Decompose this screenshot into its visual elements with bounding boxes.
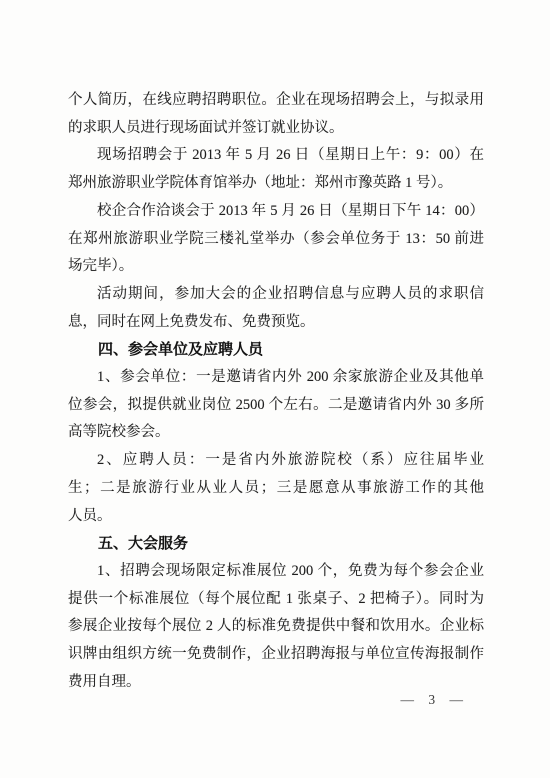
- text-line: 场完毕）。: [68, 253, 484, 281]
- text-line: 郑州旅游职业学院体育馆举办（地址：郑州市豫英路 1 号）。: [68, 170, 484, 198]
- text-line: 位参会，拟提供就业岗位 2500 个左右。二是邀请省内外 30 多所: [68, 392, 484, 420]
- text-line: 在郑州旅游职业学院三楼礼堂举办（参会单位务于 13：50 前进: [68, 226, 484, 254]
- text-line: 高等院校参会。: [68, 419, 484, 447]
- text-line: 生；二是旅游行业从业人员；三是愿意从事旅游工作的其他: [68, 475, 484, 503]
- text-line: 校企合作洽谈会于 2013 年 5 月 26 日（星期日下午 14：00）: [68, 198, 484, 226]
- section-heading: 五、大会服务: [68, 530, 484, 558]
- text-line: 个人简历，在线应聘招聘职位。企业在现场招聘会上，与拟录用: [68, 87, 484, 115]
- page-number: — 3 —: [401, 690, 465, 710]
- heading-text: 四、参会单位及应聘人员: [68, 336, 484, 364]
- section-heading: 四、参会单位及应聘人员: [68, 336, 484, 364]
- text-line: 识牌由组织方统一免费制作，企业招聘海报与单位宣传海报制作: [68, 641, 484, 669]
- paragraph: 1、招聘会现场限定标准展位 200 个，免费为每个参会企业提供一个标准展位（每个…: [68, 558, 484, 697]
- text-line: 提供一个标准展位（每个展位配 1 张桌子、2 把椅子）。同时为: [68, 586, 484, 614]
- text-line: 的求职人员进行现场面试并签订就业协议。: [68, 115, 484, 143]
- paragraph: 2、应聘人员：一是省内外旅游院校（系）应往届毕业生；二是旅游行业从业人员；三是愿…: [68, 447, 484, 530]
- text-line: 现场招聘会于 2013 年 5 月 26 日（星期日上午：9：00）在: [68, 142, 484, 170]
- text-line: 1、招聘会现场限定标准展位 200 个，免费为每个参会企业: [68, 558, 484, 586]
- heading-text: 五、大会服务: [68, 530, 484, 558]
- document-page: 个人简历，在线应聘招聘职位。企业在现场招聘会上，与拟录用的求职人员进行现场面试并…: [0, 0, 550, 778]
- text-line: 参展企业按每个展位 2 人的标准免费提供中餐和饮用水。企业标: [68, 613, 484, 641]
- paragraph: 现场招聘会于 2013 年 5 月 26 日（星期日上午：9：00）在郑州旅游职…: [68, 142, 484, 197]
- document-body: 个人简历，在线应聘招聘职位。企业在现场招聘会上，与拟录用的求职人员进行现场面试并…: [68, 87, 484, 696]
- paragraph: 个人简历，在线应聘招聘职位。企业在现场招聘会上，与拟录用的求职人员进行现场面试并…: [68, 87, 484, 142]
- paragraph: 活动期间，参加大会的企业招聘信息与应聘人员的求职信息，同时在网上免费发布、免费预…: [68, 281, 484, 336]
- text-line: 人员。: [68, 503, 484, 531]
- text-line: 活动期间，参加大会的企业招聘信息与应聘人员的求职信: [68, 281, 484, 309]
- text-line: 息，同时在网上免费发布、免费预览。: [68, 309, 484, 337]
- paragraph: 1、参会单位：一是邀请省内外 200 余家旅游企业及其他单位参会，拟提供就业岗位…: [68, 364, 484, 447]
- text-line: 1、参会单位：一是邀请省内外 200 余家旅游企业及其他单: [68, 364, 484, 392]
- text-line: 2、应聘人员：一是省内外旅游院校（系）应往届毕业: [68, 447, 484, 475]
- paragraph: 校企合作洽谈会于 2013 年 5 月 26 日（星期日下午 14：00）在郑州…: [68, 198, 484, 281]
